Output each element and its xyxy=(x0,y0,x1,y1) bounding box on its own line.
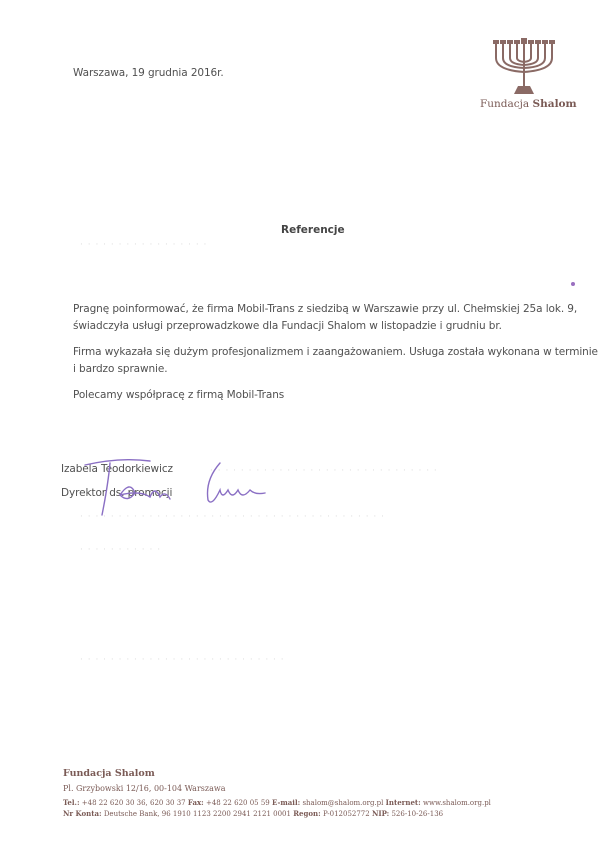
paragraph-1-line-2: świadczyła usługi przeprowadzkowe dla Fu… xyxy=(73,320,502,332)
footer-org-name: Fundacja Shalom xyxy=(63,768,155,779)
faded-text-line: · · · · · · · · · · · · · · · · · · · · … xyxy=(80,512,385,522)
footer-account-line: Nr Konta: Deutsche Bank, 96 1910 1123 22… xyxy=(63,809,443,818)
paragraph-1-line-1: Pragnę poinformować, że firma Mobil-Tran… xyxy=(73,303,577,315)
paragraph-2-line-1: Firma wykazała się dużym profesjonalizme… xyxy=(73,346,598,358)
footer-website-link[interactable]: www.shalom.org.pl xyxy=(423,799,491,807)
menorah-logo-icon xyxy=(484,36,564,100)
footer-contact-line: Tel.: +48 22 620 30 36, 620 30 37 Fax: +… xyxy=(63,798,491,807)
paragraph-3: Polecamy współpracę z firmą Mobil-Trans xyxy=(73,389,284,401)
footer-address: Pl. Grzybowski 12/16, 00-104 Warszawa xyxy=(63,784,225,793)
faded-text-line: · · · · · · · · · · · · · · · · · · · · … xyxy=(80,655,285,665)
letter-title: Referencje xyxy=(281,224,345,236)
faded-recipient-line: · · · · · · · · · · · · · · · · · xyxy=(80,240,207,250)
faded-text-line: · · · · · · · · · · · · · · · · · · · · … xyxy=(210,466,438,476)
letter-date: Warszawa, 19 grudnia 2016r. xyxy=(73,67,224,79)
faded-text-line: · · · · · · · · · · · xyxy=(80,545,161,555)
footer-email-link[interactable]: shalom@shalom.org.pl xyxy=(302,799,383,807)
ink-dot xyxy=(571,282,575,286)
paragraph-2-line-2: i bardzo sprawnie. xyxy=(73,363,167,375)
letterhead-org-name: Fundacja Shalom xyxy=(480,98,577,110)
